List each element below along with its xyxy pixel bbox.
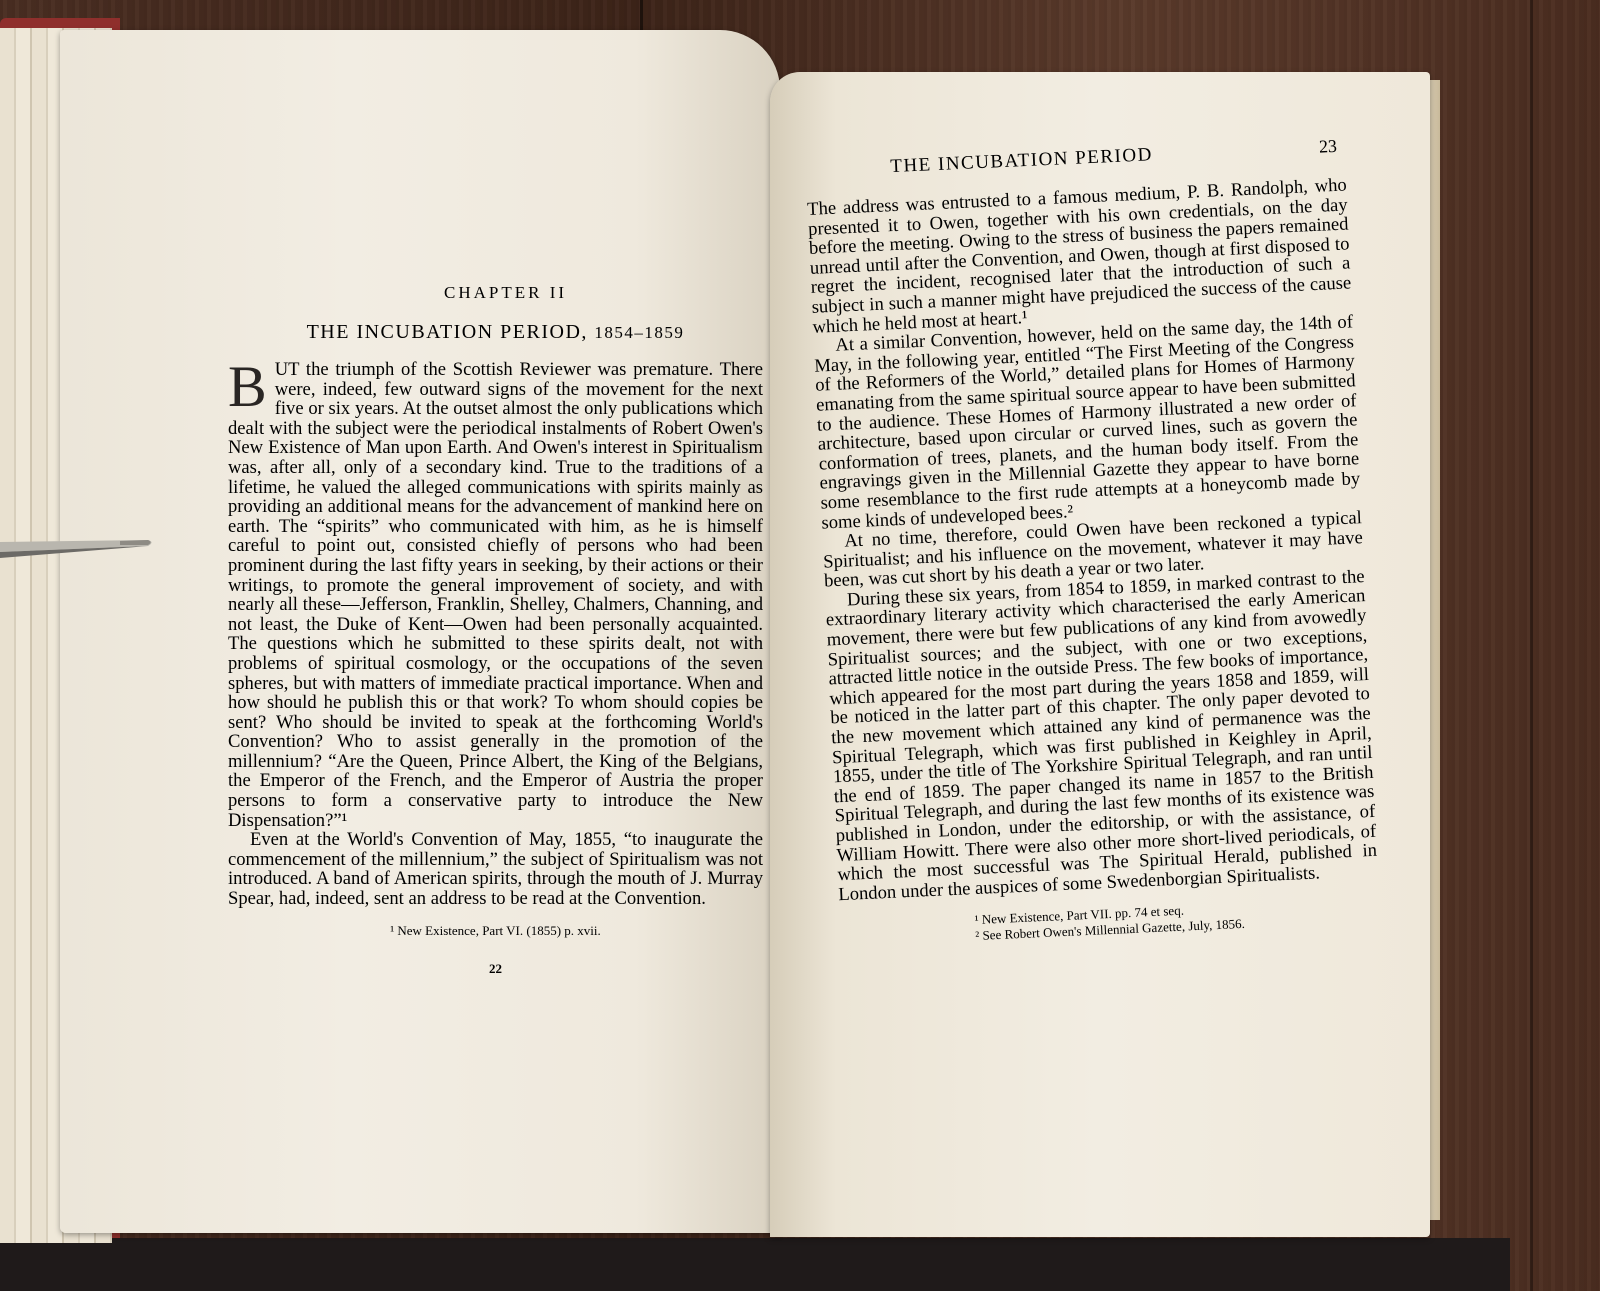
footnotes: ¹ New Existence, Part VI. (1855) p. xvii… [228,923,763,939]
body-paragraph: During these six years, from 1854 to 185… [825,567,1379,905]
chapter-label: CHAPTER II [228,283,763,303]
tweezers-icon [0,538,155,558]
footnote: ¹ New Existence, Part VI. (1855) p. xvii… [228,923,763,939]
page-number: 23 [1318,136,1345,158]
right-page-content: THE INCUBATION PERIOD 23 The address was… [805,136,1380,951]
body-paragraph: BUT the triumph of the Scottish Reviewer… [228,360,763,830]
body-paragraph: Even at the World's Convention of May, 1… [228,830,763,908]
book-cover-bottom [0,1238,1510,1291]
chapter-title-text: THE INCUBATION PERIOD, [307,321,588,343]
body-paragraph: The address was entrusted to a famous me… [807,175,1353,337]
chapter-years: 1854–1859 [594,323,684,342]
wood-plank-seam [1530,0,1533,1291]
paragraph-text: UT the triumph of the Scottish Reviewer … [228,359,763,831]
drop-cap: B [228,364,267,410]
chapter-title: THE INCUBATION PERIOD, 1854–1859 [228,321,763,344]
body-paragraph: At a similar Convention, however, held o… [813,312,1361,532]
left-page-content: CHAPTER II THE INCUBATION PERIOD, 1854–1… [228,283,763,977]
page-number: 22 [228,961,763,977]
